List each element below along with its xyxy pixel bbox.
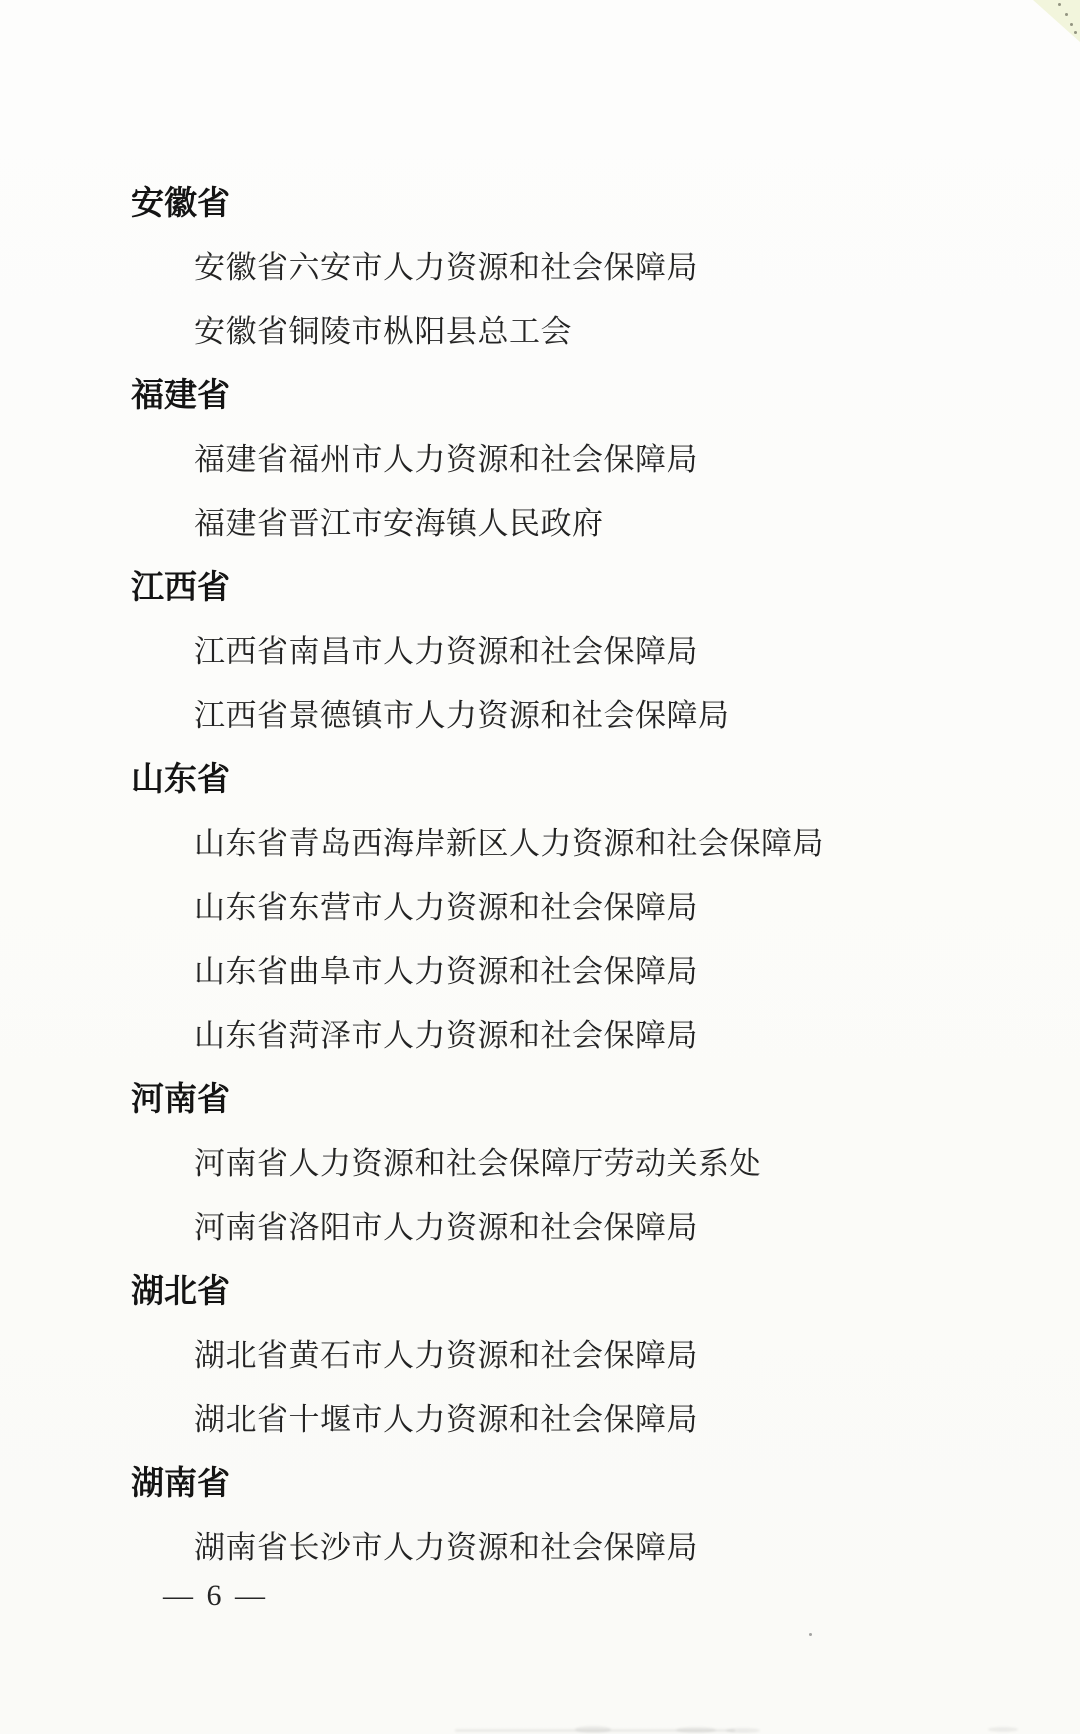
scan-speck [1065, 13, 1068, 16]
scan-speck [1074, 31, 1077, 34]
scan-corner-artifact [1030, 0, 1080, 42]
entry-line: 湖北省黄石市人力资源和社会保障局 [0, 1320, 1080, 1384]
scan-dot [809, 1633, 812, 1636]
entry-line: 河南省人力资源和社会保障厅劳动关系处 [0, 1128, 1080, 1192]
entry-line: 河南省洛阳市人力资源和社会保障局 [0, 1192, 1080, 1256]
scan-smudge [988, 1727, 1018, 1732]
province-header: 湖南省 [0, 1448, 1080, 1512]
page-number: — 6 — [0, 1576, 1080, 1616]
scan-speck [1070, 23, 1073, 26]
entry-line: 安徽省六安市人力资源和社会保障局 [0, 232, 1080, 296]
province-header: 江西省 [0, 552, 1080, 616]
entry-line: 湖北省十堰市人力资源和社会保障局 [0, 1384, 1080, 1448]
entry-line: 湖南省长沙市人力资源和社会保障局 [0, 1512, 1080, 1576]
page-number-label: — 6 — [163, 1579, 268, 1613]
entry-line: 江西省南昌市人力资源和社会保障局 [0, 616, 1080, 680]
entry-line: 山东省东营市人力资源和社会保障局 [0, 872, 1080, 936]
document-page: 安徽省安徽省六安市人力资源和社会保障局安徽省铜陵市枞阳县总工会福建省福建省福州市… [0, 0, 1080, 1734]
entry-line: 福建省晋江市安海镇人民政府 [0, 488, 1080, 552]
entry-line: 山东省青岛西海岸新区人力资源和社会保障局 [0, 808, 1080, 872]
scan-smudge [575, 1726, 611, 1733]
document-body: 安徽省安徽省六安市人力资源和社会保障局安徽省铜陵市枞阳县总工会福建省福建省福州市… [0, 168, 1080, 1576]
province-header: 福建省 [0, 360, 1080, 424]
province-header: 河南省 [0, 1064, 1080, 1128]
entry-line: 安徽省铜陵市枞阳县总工会 [0, 296, 1080, 360]
province-header: 山东省 [0, 744, 1080, 808]
scan-smudge [676, 1727, 716, 1733]
entry-line: 福建省福州市人力资源和社会保障局 [0, 424, 1080, 488]
entry-line: 山东省菏泽市人力资源和社会保障局 [0, 1000, 1080, 1064]
scan-speck [1058, 3, 1061, 6]
entry-line: 江西省景德镇市人力资源和社会保障局 [0, 680, 1080, 744]
province-header: 安徽省 [0, 168, 1080, 232]
scan-smudge [726, 1728, 760, 1733]
entry-line: 山东省曲阜市人力资源和社会保障局 [0, 936, 1080, 1000]
province-header: 湖北省 [0, 1256, 1080, 1320]
